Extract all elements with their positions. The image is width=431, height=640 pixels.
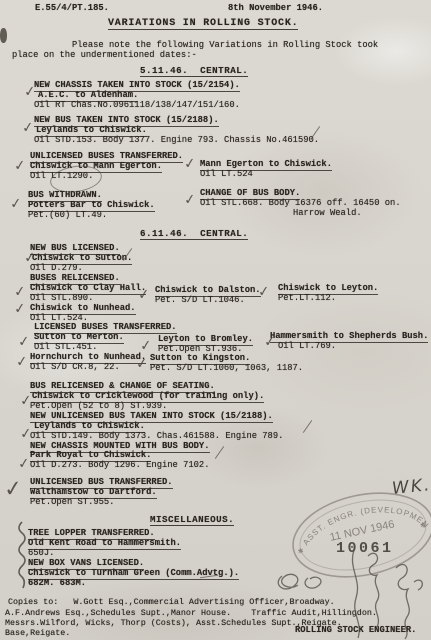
detail-line: Oil D.273. Body 1296. Engine 7102. bbox=[30, 460, 210, 470]
detail-line: 682M. 683M. bbox=[28, 578, 86, 588]
checkmark-icon: ✓ bbox=[23, 83, 36, 100]
section-heading-6-11-46: 6.11.46. CENTRAL. bbox=[140, 229, 248, 240]
detail-line: Pet.LT.112. bbox=[278, 293, 336, 303]
checkmark-icon: ✓ bbox=[9, 195, 22, 212]
section-heading-miscellaneous: MISCELLANEOUS. bbox=[150, 515, 234, 526]
pencil-slash-mark bbox=[303, 420, 312, 433]
doc-reference: E.55/4/PT.185. bbox=[35, 3, 109, 13]
detail-line: Oil S/D CR.8, 22. bbox=[30, 362, 120, 372]
signature-scribble bbox=[268, 548, 430, 640]
checkmark-icon: ✓ bbox=[137, 286, 150, 303]
detail-line: Pet. S/D LT.1060, 1063, 1187. bbox=[150, 363, 303, 373]
pencil-slash-mark bbox=[215, 446, 224, 459]
checkmark-icon: ✓ bbox=[17, 455, 30, 472]
checkmark-icon: ✓ bbox=[15, 353, 28, 370]
checkmark-icon: ✓ bbox=[23, 249, 36, 266]
checkmark-icon: ✓ bbox=[3, 476, 24, 503]
detail-line: Pet. S/D LT.1046. bbox=[155, 295, 245, 305]
checkmark-icon: ✓ bbox=[135, 355, 148, 372]
detail-line: Oil LT.769. bbox=[278, 341, 336, 351]
detail-line: Pet.Open ST.955. bbox=[30, 497, 114, 507]
detail-line: Pet.Open (52 to 8) ST.939. bbox=[30, 401, 167, 411]
checkmark-icon: ✓ bbox=[263, 333, 276, 350]
checkmark-icon: ✓ bbox=[13, 283, 26, 300]
detail-line: Oil D.279. bbox=[30, 263, 83, 273]
checkmark-icon: ✓ bbox=[183, 155, 196, 172]
checkmark-icon: ✓ bbox=[183, 191, 196, 208]
detail-line: Oil RT Chas.No.0961118/138/147/151/160. bbox=[34, 100, 240, 110]
detail-line: Oil STD.149. Body 1373. Chas.461588. Eng… bbox=[30, 431, 283, 441]
checkmark-icon: ✓ bbox=[13, 300, 26, 317]
detail-line: Oil STL.890. bbox=[30, 293, 93, 303]
scan-edge-mark bbox=[0, 28, 7, 43]
section-heading-5-11-46: 5.11.46. CENTRAL. bbox=[140, 66, 248, 77]
intro-line-2: place on the undermentioned dates:- bbox=[12, 50, 197, 60]
checkmark-icon: ✓ bbox=[19, 392, 32, 409]
detail-line: Harrow Weald. bbox=[293, 208, 362, 218]
scanned-document-page: E.55/4/PT.185. 8th November 1946. VARIAT… bbox=[0, 0, 431, 640]
detail-line: Pet.(60) LT.49. bbox=[28, 210, 107, 220]
checkmark-icon: ✓ bbox=[13, 157, 26, 174]
doc-title: VARIATIONS IN ROLLING STOCK. bbox=[108, 19, 298, 30]
detail-line: Oil STD.153. Body 1377. Engine 793. Chas… bbox=[34, 135, 319, 145]
intro-line-1: Please note the following Variations in … bbox=[72, 40, 378, 50]
detail-line: Oil STL.451. bbox=[34, 342, 97, 352]
detail-line: Oil LT.524 bbox=[200, 169, 253, 179]
checkmark-icon: ✓ bbox=[19, 425, 32, 442]
pencil-wavy-bracket bbox=[15, 522, 27, 588]
checkmark-icon: ✓ bbox=[17, 333, 30, 350]
detail-line: Oil STL.668. Body 16376 off. 16450 on. bbox=[200, 198, 401, 208]
checkmark-icon: ✓ bbox=[257, 283, 270, 300]
detail-line: 650J. bbox=[28, 548, 54, 558]
checkmark-icon: ✓ bbox=[139, 337, 152, 354]
copies-line-4: Base,Reigate. bbox=[5, 628, 70, 638]
checkmark-icon: ✓ bbox=[21, 119, 34, 136]
doc-date: 8th November 1946. bbox=[228, 3, 323, 13]
